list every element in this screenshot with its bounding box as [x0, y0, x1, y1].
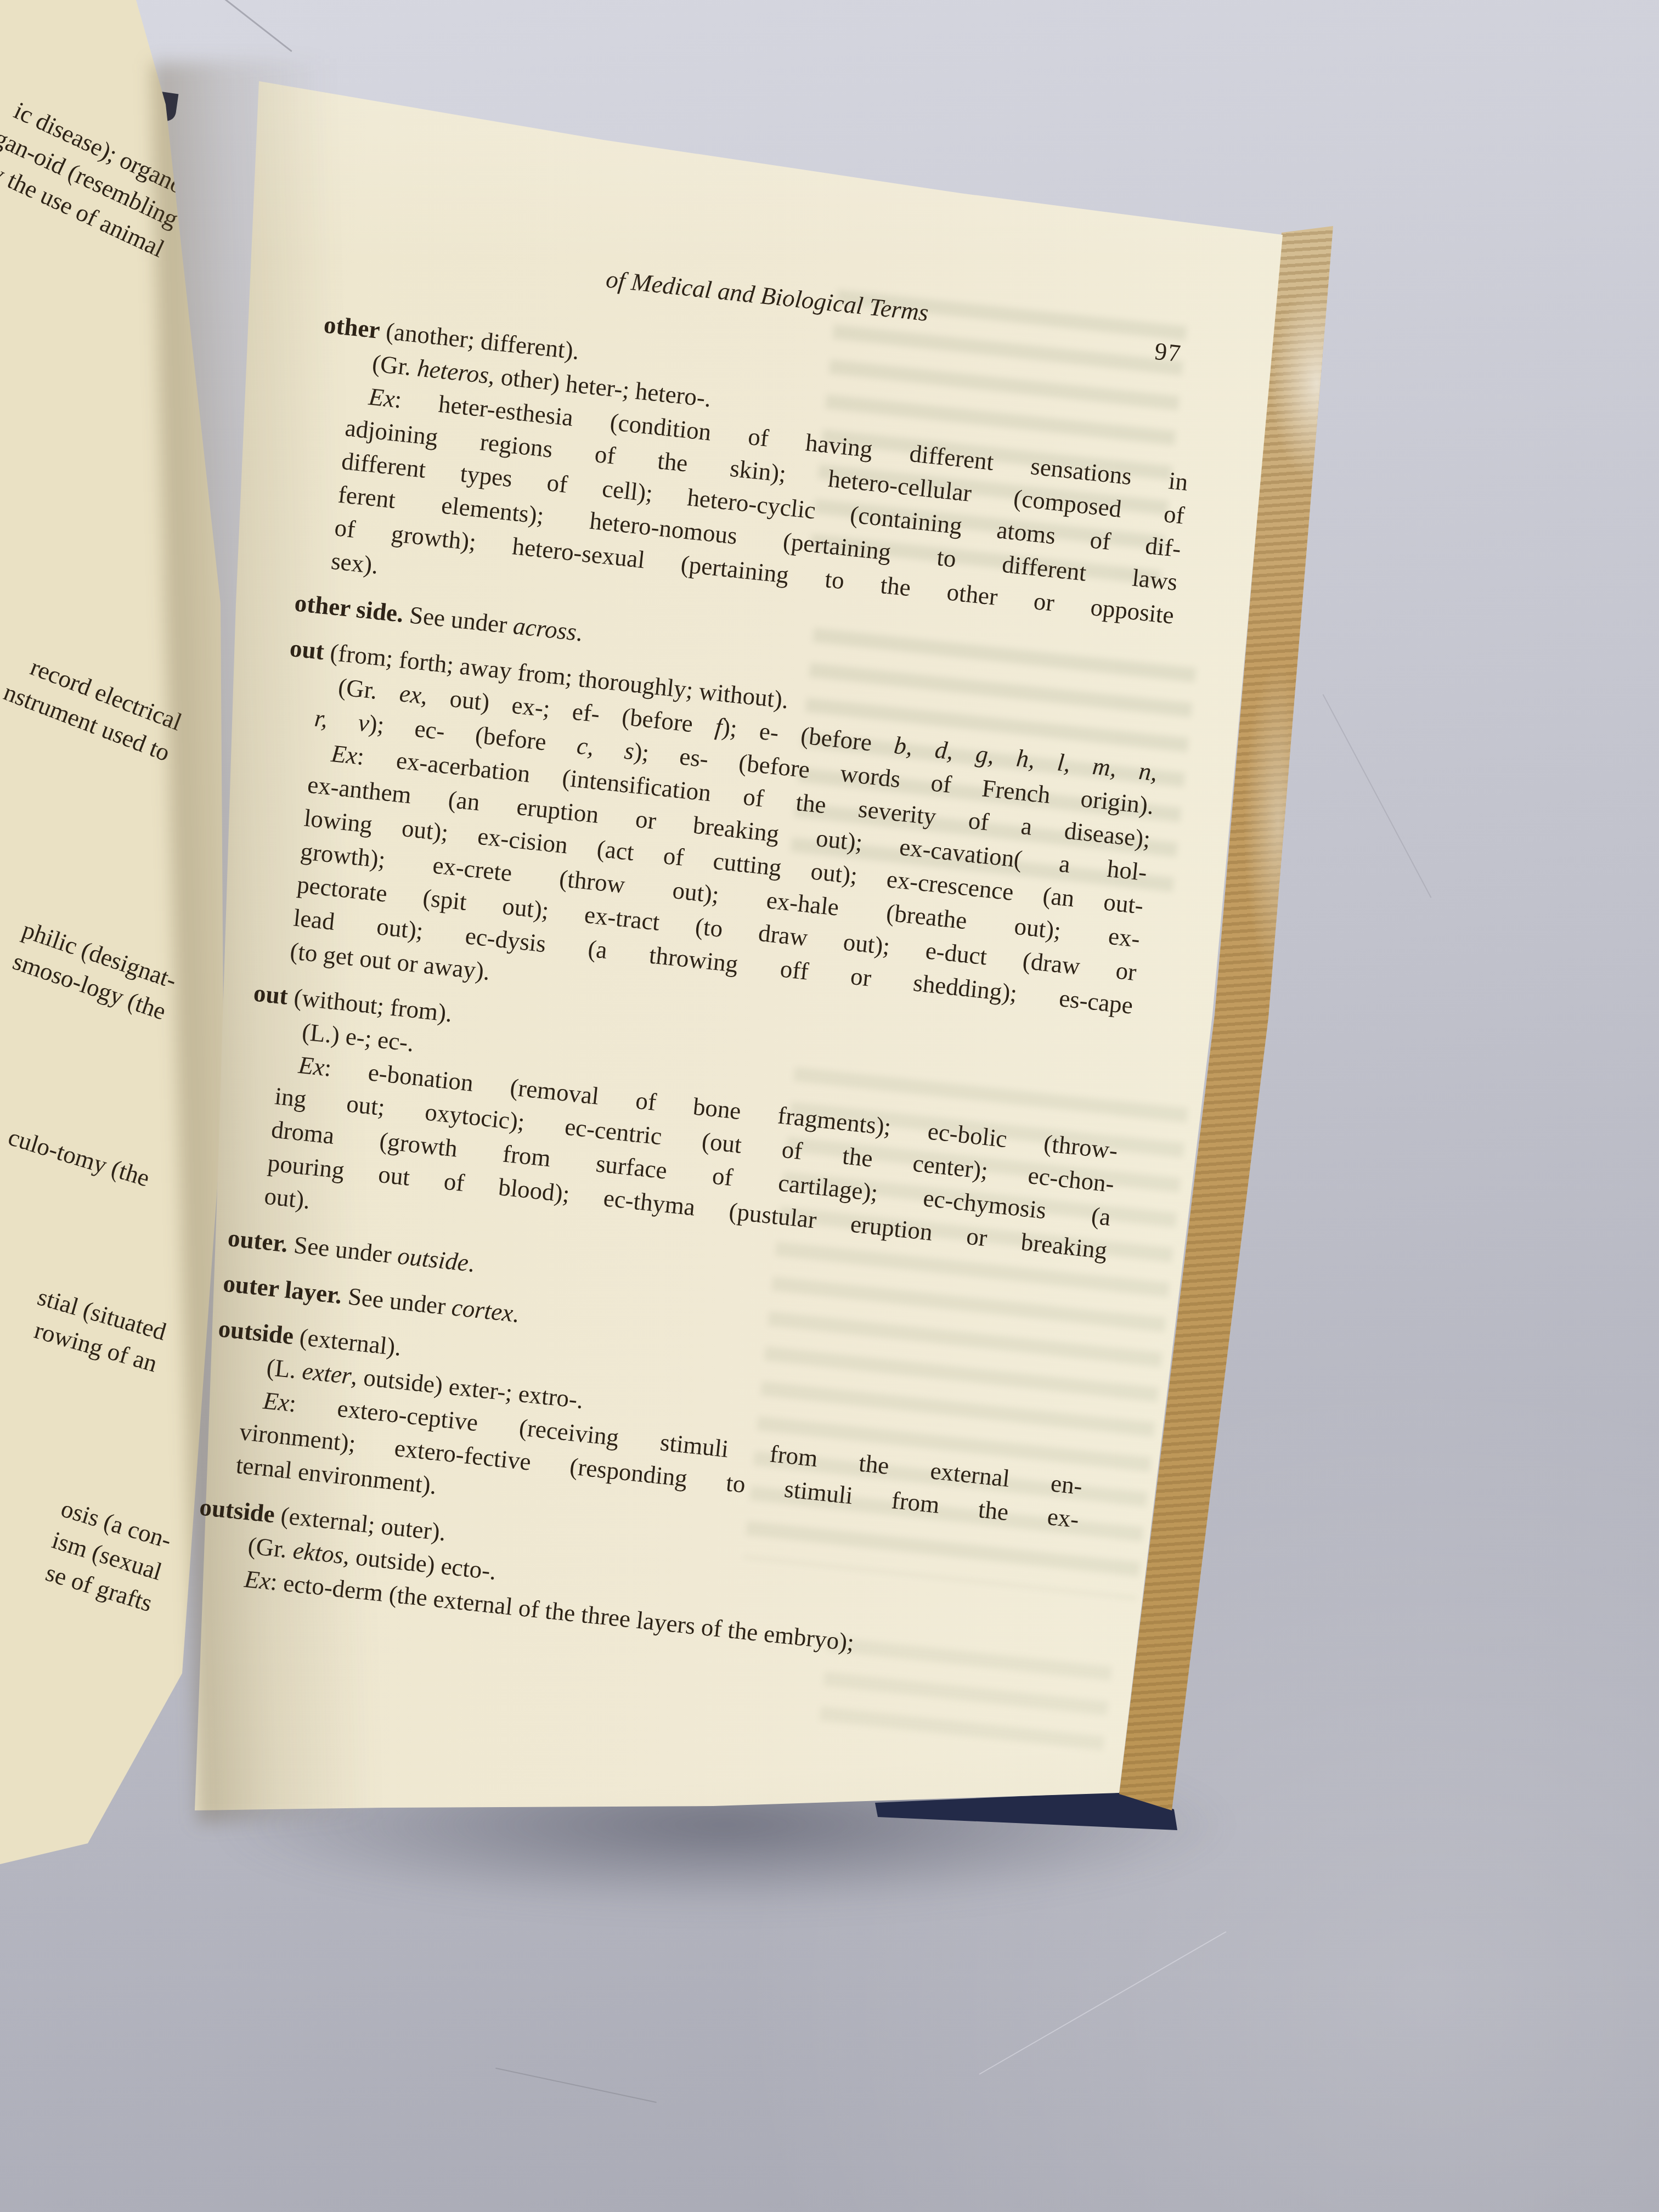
left-page-fragment: record electricalnstrument used to: [0, 623, 187, 769]
entry-term: outside: [217, 1314, 295, 1350]
page-number: 97: [1153, 335, 1183, 371]
left-page-fragment: osis (a con-ism (sexualse of grafts: [0, 1456, 176, 1620]
page-content: of Medical and Biological Terms 97 other…: [191, 234, 1204, 1681]
photo-scene: ic disease); organo-rgan-oid (resembling…: [0, 0, 1659, 2212]
entries-list: other (another; different).(Gr. heteros,…: [191, 308, 1197, 1681]
left-page-fragment: culo-tomy (the: [0, 1094, 154, 1194]
fragment-line: culo-tomy (the: [0, 1094, 154, 1194]
entry-term: outer.: [227, 1224, 289, 1257]
entry-term: other: [323, 311, 381, 343]
entry-term: outside: [199, 1493, 276, 1528]
left-page-fragment: philic (designat-smoso-logy (the: [0, 889, 181, 1028]
entry-term: out: [289, 634, 325, 665]
entry-term: outer layer.: [222, 1269, 343, 1309]
left-page-fragment: stial (situatedrowing of an: [0, 1251, 170, 1380]
entry-term: out: [252, 979, 289, 1010]
entry-term: other side.: [294, 589, 405, 628]
